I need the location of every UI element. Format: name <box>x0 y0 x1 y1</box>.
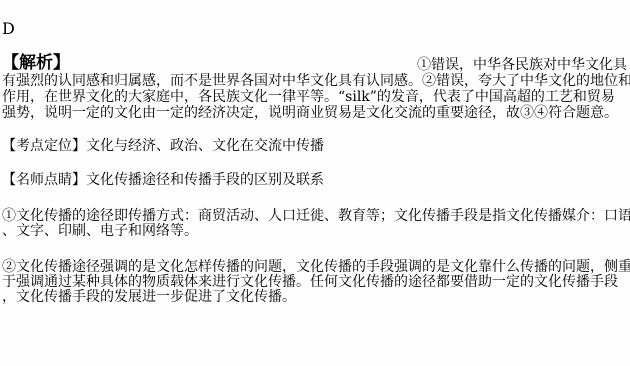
point1-line: 、文字、印刷、电子和网络等。 <box>2 223 198 239</box>
answer-letter: D <box>2 20 15 38</box>
expert-tip-heading: 【名师点睛】文化传播途径和传播手段的区别及联系 <box>2 172 324 188</box>
answer-explanation-document: D 【解析】 ①错误，中华各民族对中华文化具 有强烈的认同感和归属感，而不是世界… <box>0 0 630 366</box>
point2-line: 于强调通过某种具体的物质载体来进行文化传播。任何文化传播的途径都要借助一定的文化… <box>2 274 618 290</box>
analysis-line: 强势，说明一定的文化由一定的经济决定，说明商业贸易是文化交流的重要途径，故③④符… <box>2 105 618 121</box>
analysis-section-label: 【解析】 <box>2 54 70 72</box>
exam-point-line: 【考点定位】文化与经济、政治、文化在交流中传播 <box>2 138 324 154</box>
analysis-line: ①错误，中华各民族对中华文化具 <box>417 57 627 73</box>
analysis-line: 作用，在世界文化的大家庭中，各民族文化一律平等。“silk”的发音，代表了中国高… <box>2 89 615 105</box>
point2-line: ②文化传播途径强调的是文化怎样传播的问题，文化传播的手段强调的是文化靠什么传播的… <box>2 259 630 275</box>
analysis-line: 有强烈的认同感和归属感，而不是世界各国对中华文化具有认同感。②错误，夸大了中华文… <box>2 73 630 89</box>
point2-line: ，文化传播手段的发展进一步促进了文化传播。 <box>2 289 296 305</box>
point1-line: ①文化传播的途径即传播方式：商贸活动、人口迁徙、教育等；文化传播手段是指文化传播… <box>2 208 630 224</box>
